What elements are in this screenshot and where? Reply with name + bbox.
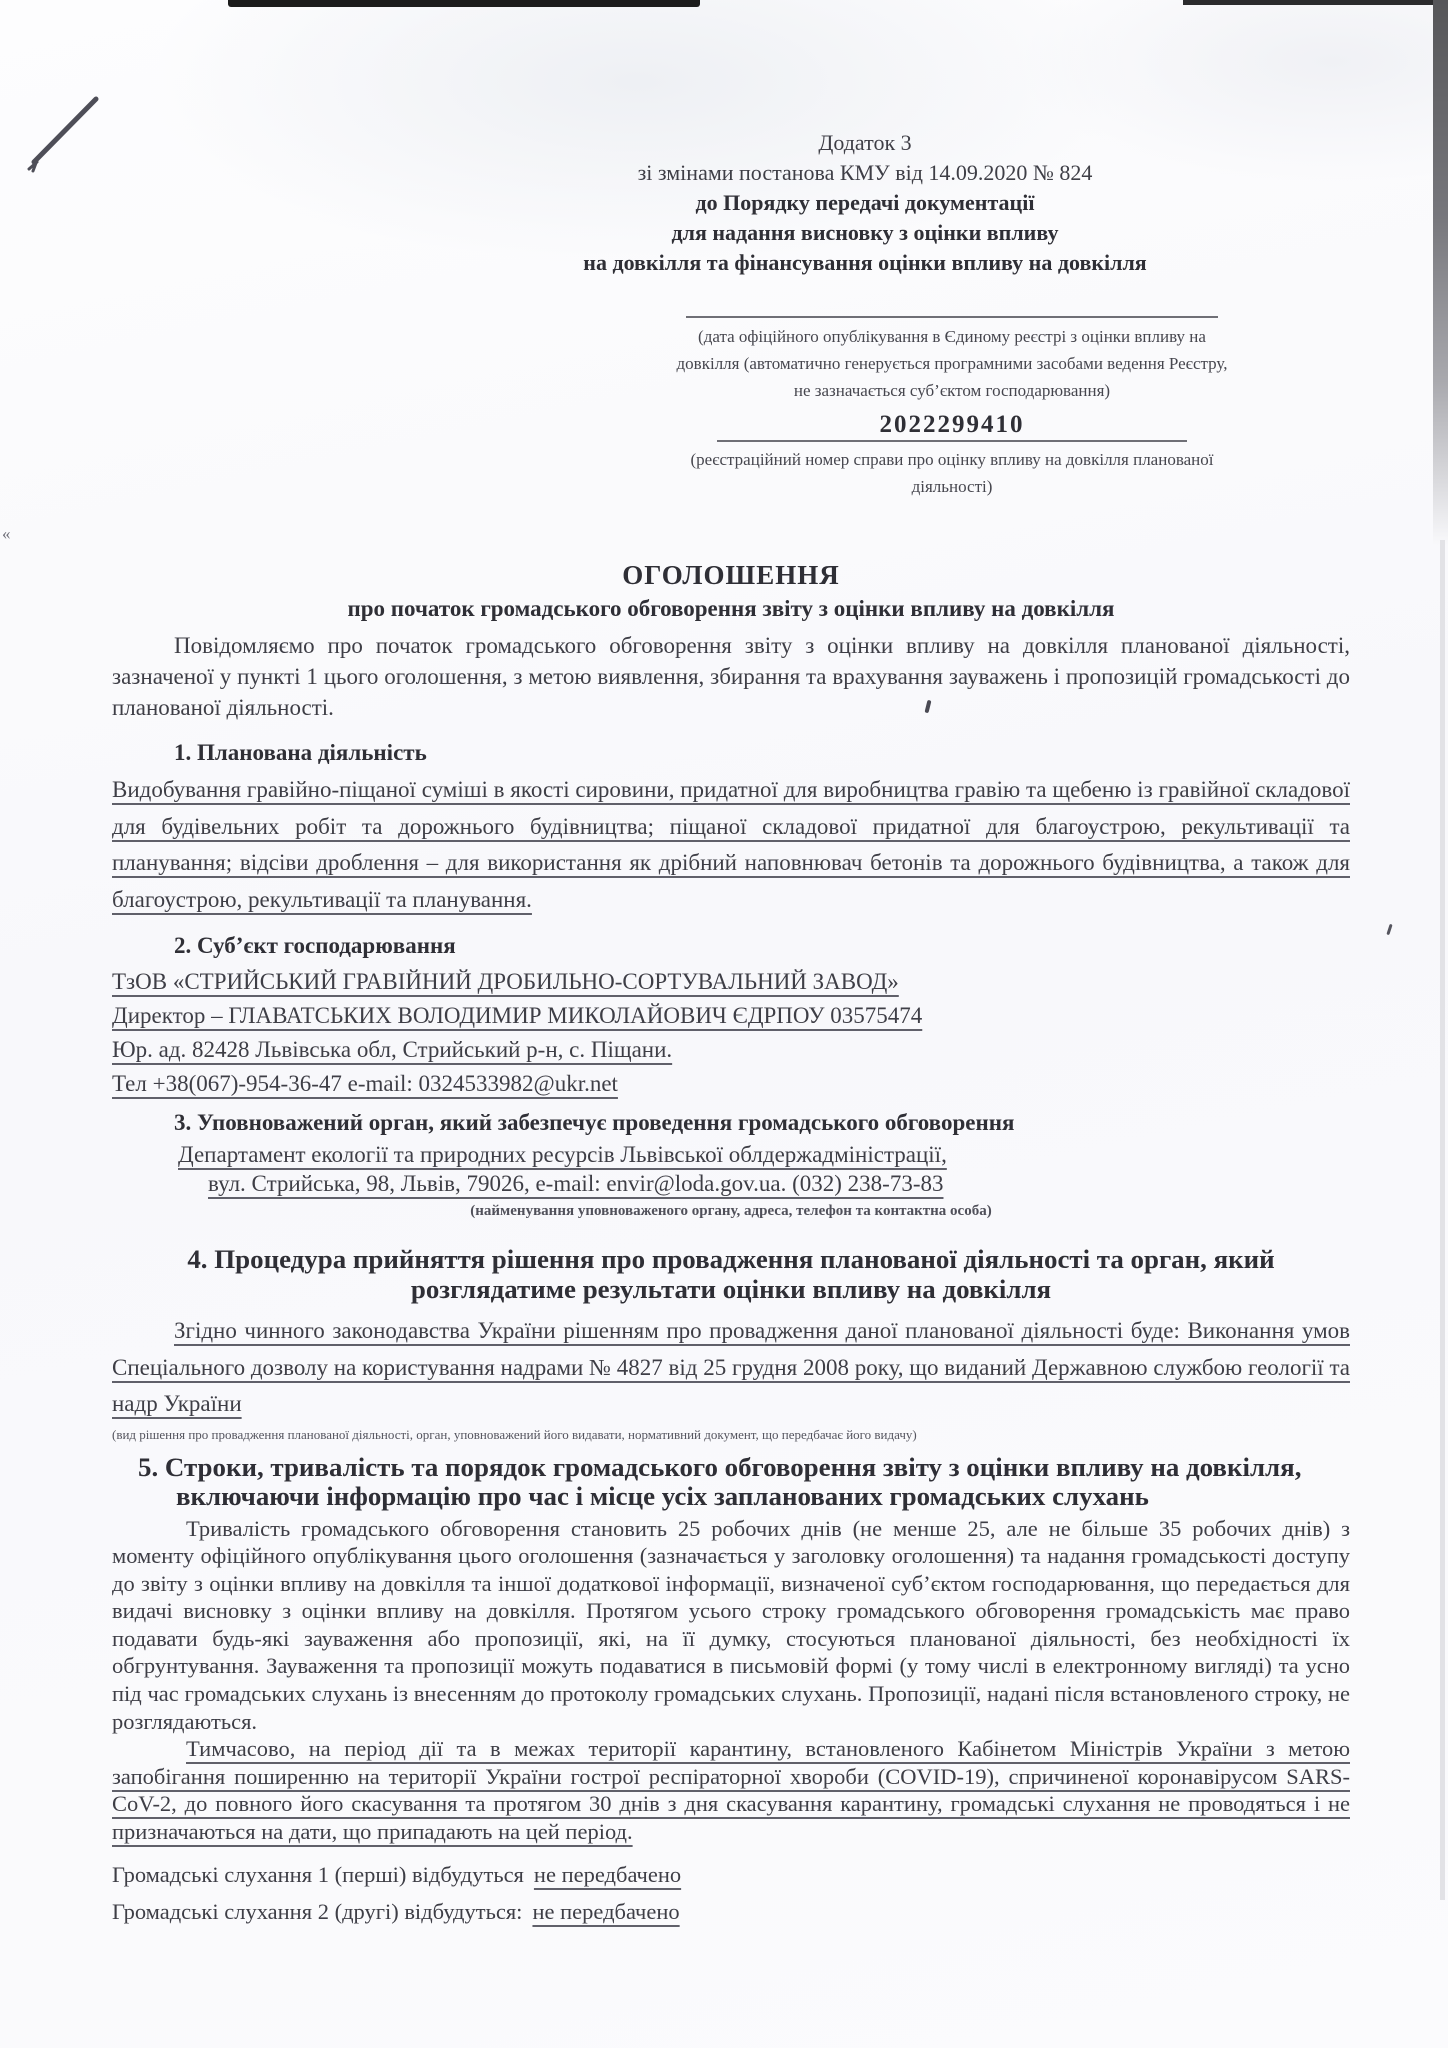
section-3-heading: 3. Уповноважений орган, який забезпечує …	[112, 1107, 1350, 1138]
section-2-heading: 2. Суб’єкт господарювання	[112, 930, 1350, 961]
legal-address-line: Юр. ад. 82428 Львівська обл, Стрийський …	[112, 1033, 1350, 1067]
section-5-heading-line-2: включаючи інформацію про час і місце усі…	[112, 1482, 1350, 1511]
pen-stroke-mark	[20, 88, 112, 185]
intro-paragraph: Повідомляємо про початок громадського об…	[112, 630, 1350, 723]
covid-quarantine-paragraph: Тимчасово, на період дії та в межах тери…	[112, 1735, 1350, 1845]
document-body: ОГОЛОШЕННЯ про початок громадського обго…	[112, 560, 1350, 1930]
section-1-heading: 1. Планована діяльність	[112, 737, 1350, 768]
right-page-edge-line	[1440, 540, 1445, 1900]
contacts-line: Тел +38(067)-954-36-47 e-mail: 032453398…	[112, 1067, 1350, 1101]
decision-caption: (вид рішення про провадження планованої …	[112, 1427, 1350, 1443]
stray-ink-mark	[1386, 924, 1392, 935]
section-1-body: Видобування гравійно-піщаної суміші в як…	[112, 772, 1350, 918]
section-4-heading-line-1: 4. Процедура прийняття рішення про прова…	[112, 1245, 1350, 1273]
director-line: Директор – ГЛАВАТСЬКИХ ВОЛОДИМИР МИКОЛАЙ…	[112, 999, 1350, 1033]
hearing-row-2: Громадські слухання 2 (другі) відбудутьс…	[112, 1893, 1350, 1930]
page-title: ОГОЛОШЕННЯ	[112, 560, 1350, 591]
order-line-2: для надання висновку з оцінки впливу	[480, 218, 1250, 248]
date-rule-line	[686, 316, 1218, 318]
scanned-document-page: « Додаток 3 зі змінами постанова КМУ від…	[0, 0, 1448, 2048]
registry-number: 2022299410	[672, 411, 1232, 438]
top-scan-bar-left	[228, 0, 700, 7]
registry-number-note: (реєстраційний номер справи про оцінку в…	[672, 446, 1232, 500]
left-margin-tick: «	[2, 524, 11, 544]
page-subtitle: про початок громадського обговорення зві…	[112, 593, 1350, 624]
registry-block: (дата офіційного опублікування в Єдиному…	[672, 316, 1232, 500]
right-scan-shadow-band	[1433, 0, 1448, 545]
hearing-row-1: Громадські слухання 1 (перші) відбудутьс…	[112, 1856, 1350, 1893]
section-4-heading-line-2: розглядатиме результати оцінки впливу на…	[112, 1275, 1350, 1303]
top-scan-bar-right	[1183, 0, 1448, 5]
hearing-2-label: Громадські слухання 2 (другі) відбудутьс…	[112, 1899, 522, 1924]
authority-caption: (найменування уповноваженого органу, адр…	[112, 1201, 1350, 1221]
discussion-duration-paragraph: Тривалість громадського обговорення стан…	[112, 1515, 1350, 1736]
hearing-1-label: Громадські слухання 1 (перші) відбудутьс…	[112, 1862, 524, 1887]
authority-address-line: вул. Стрийська, 98, Львів, 79026, e-mail…	[112, 1169, 1350, 1198]
order-line-1: до Порядку передачі документації	[480, 188, 1250, 218]
company-name-line: ТзОВ «СТРИЙСЬКИЙ ГРАВІЙНИЙ ДРОБИЛЬНО-СОР…	[112, 965, 1350, 999]
pen-stroke-icon	[20, 88, 112, 180]
amendment-line: зі змінами постанова КМУ від 14.09.2020 …	[480, 158, 1250, 188]
hearing-2-value: не передбачено	[532, 1899, 679, 1924]
section-4-body: Згідно чинного законодавства України ріш…	[112, 1313, 1350, 1423]
publication-date-note: (дата офіційного опублікування в Єдиному…	[672, 323, 1232, 404]
order-line-3: на довкілля та фінансування оцінки вплив…	[480, 248, 1250, 278]
number-rule-line	[717, 440, 1187, 442]
document-header: Додаток 3 зі змінами постанова КМУ від 1…	[480, 128, 1250, 278]
section-5-heading-line-1: 5. Строки, тривалість та порядок громадс…	[112, 1453, 1350, 1482]
annex-label: Додаток 3	[480, 128, 1250, 158]
hearing-1-value: не передбачено	[534, 1862, 681, 1887]
authority-name-line: Департамент екології та природних ресурс…	[112, 1140, 1350, 1169]
